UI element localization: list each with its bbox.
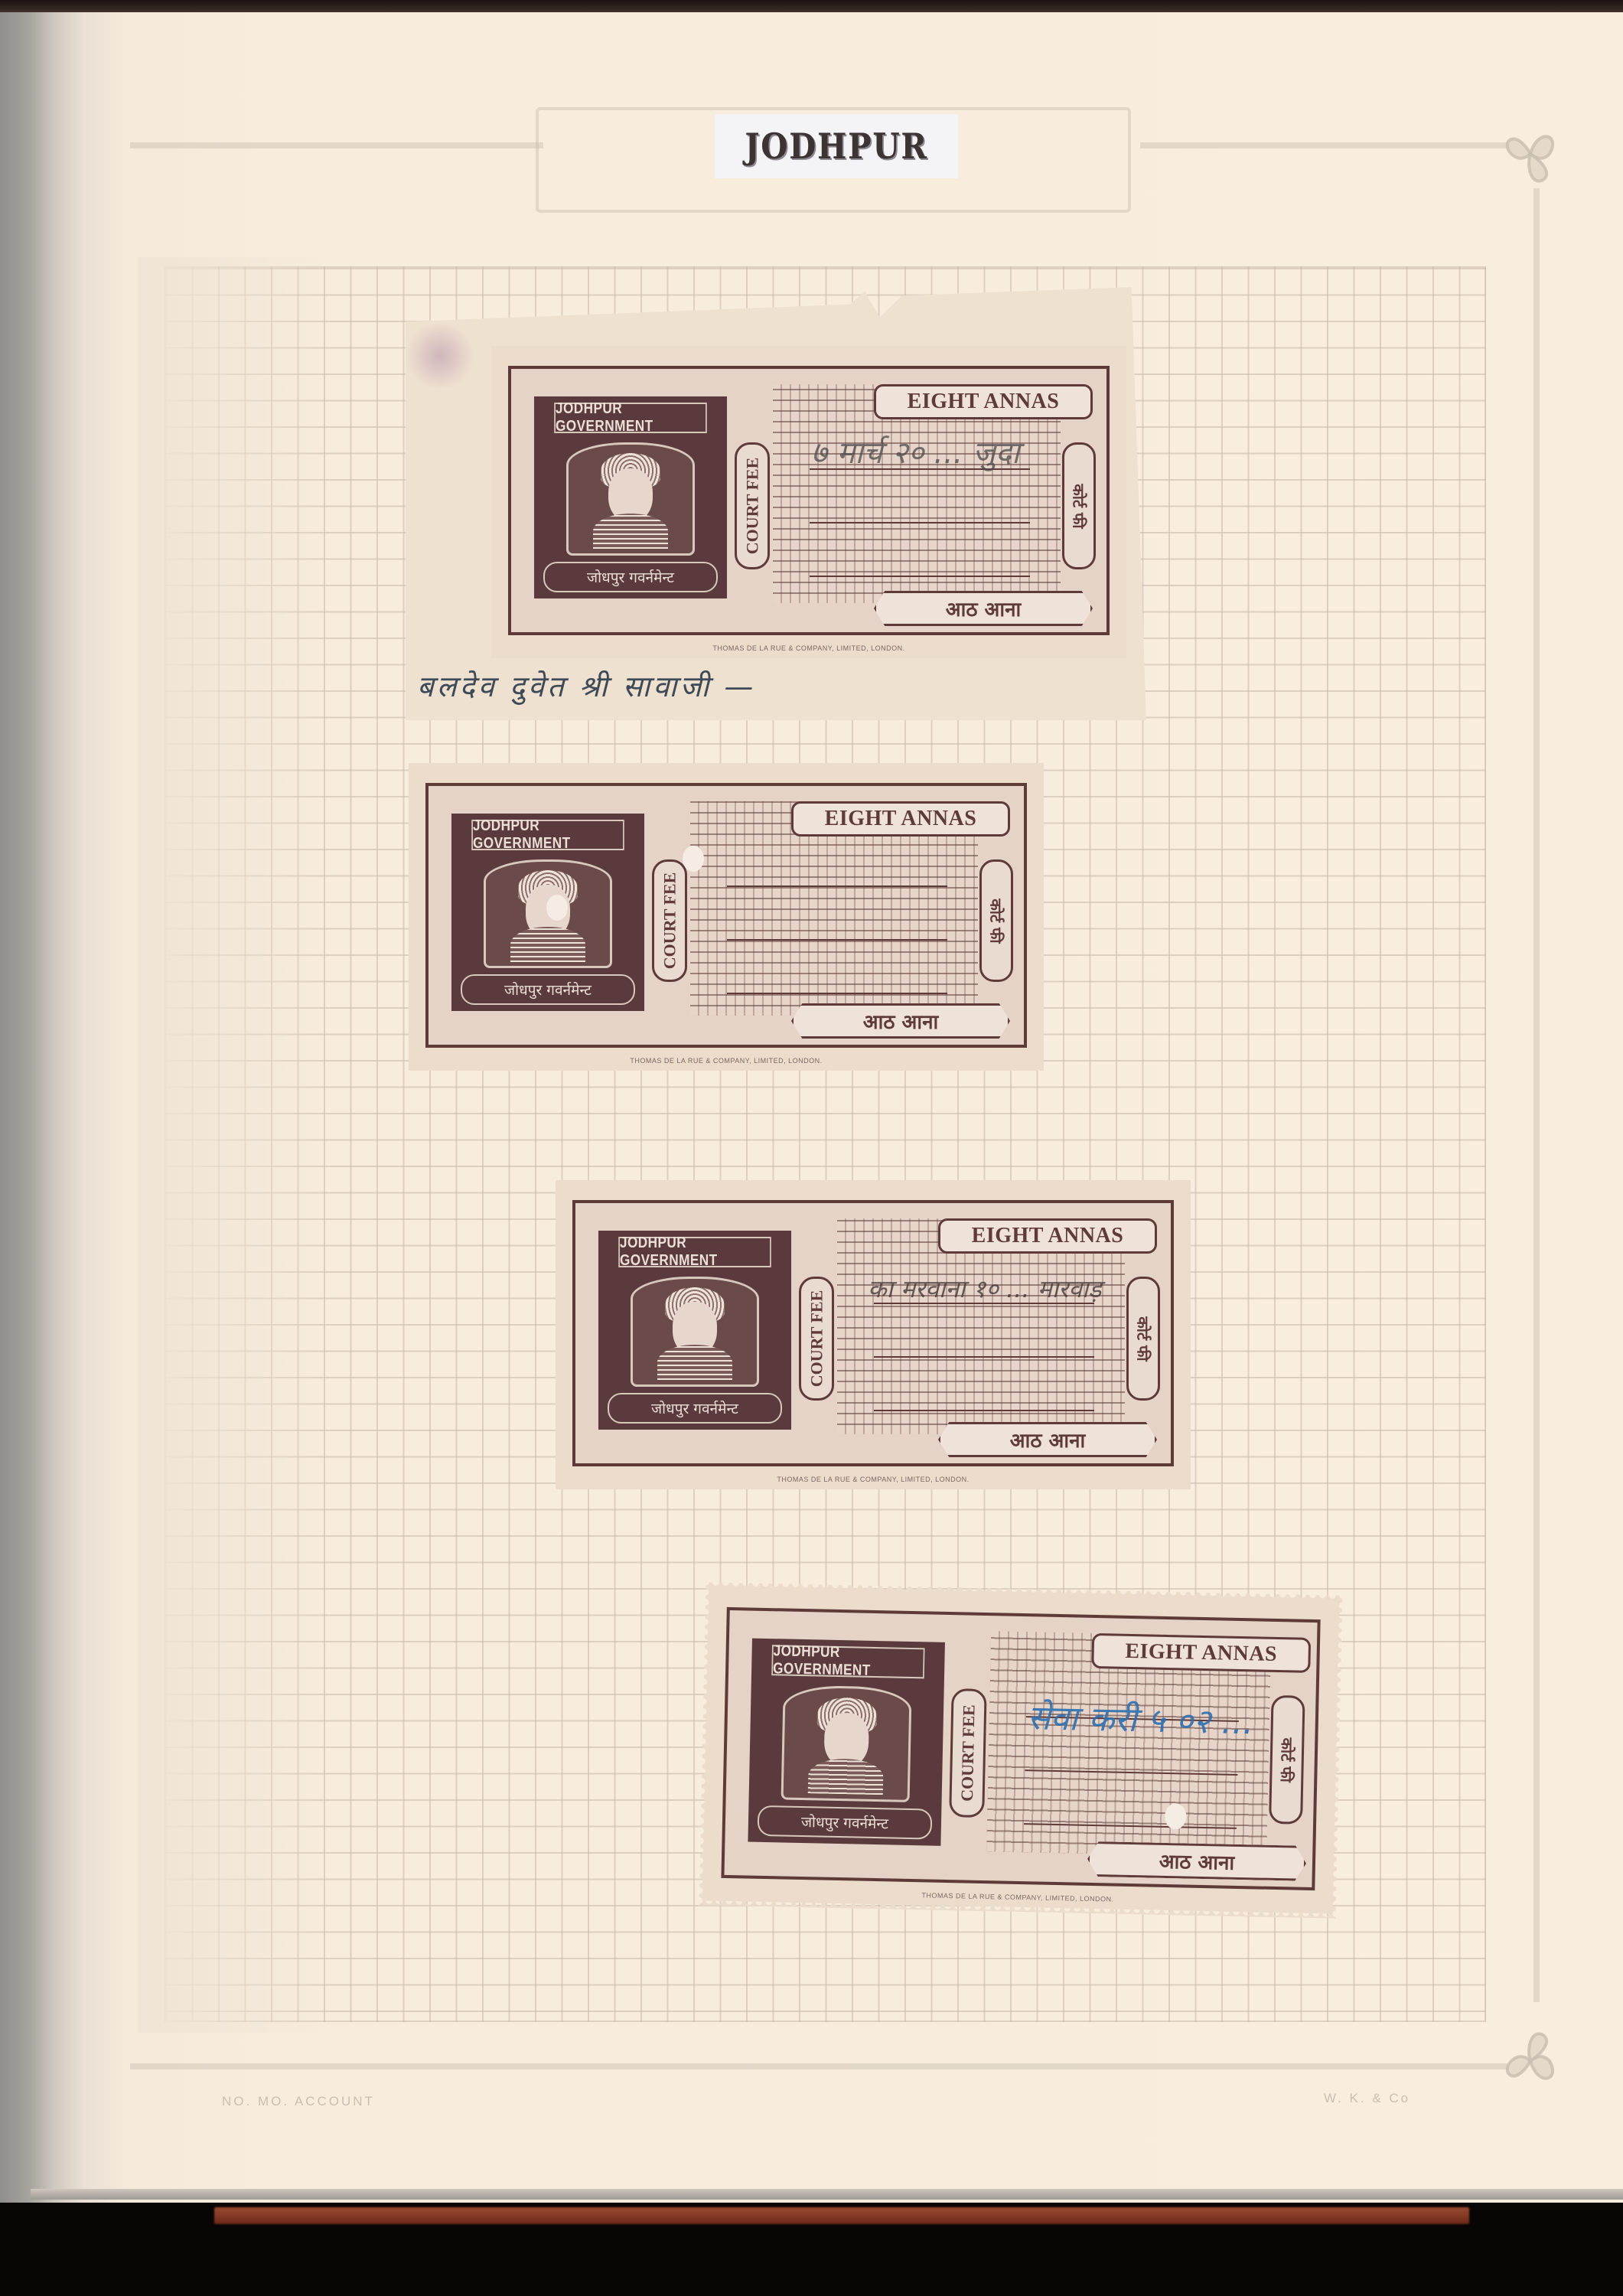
issuer-label: JODHPUR GOVERNMENT <box>771 1645 924 1678</box>
value-english: EIGHT ANNAS <box>938 1218 1157 1254</box>
court-fee-label: COURT FEE <box>949 1688 987 1818</box>
clover-ornament-icon <box>1496 119 1565 188</box>
issuer-label: JODHPUR GOVERNMENT <box>618 1237 771 1267</box>
issuer-hindi-label: जोधपुर गवर्नमेन्ट <box>543 562 718 592</box>
court-fee-label: COURT FEE <box>735 442 770 569</box>
portrait-panel: JODHPUR GOVERNMENT जोधपुर गवर्नमेन्ट <box>748 1639 945 1846</box>
frame-right <box>1533 188 1540 2002</box>
page-bottom-edge <box>31 2189 1623 2200</box>
portrait-panel: JODHPUR GOVERNMENT जोधपुर गवर्नमेन्ट <box>534 396 727 598</box>
maharaja-portrait <box>781 1684 912 1802</box>
issuer-hindi-label: जोधपुर गवर्नमेन्ट <box>461 974 635 1005</box>
printer-imprint: THOMAS DE LA RUE & COMPANY, LIMITED, LON… <box>724 1887 1312 1907</box>
value-english: EIGHT ANNAS <box>874 384 1093 419</box>
court-fee-hindi-label: कोर्ट फी <box>1126 1277 1160 1401</box>
manuscript-annotation: का मरवाना १० ... मारवाड़ <box>868 1272 1101 1305</box>
gutter-shadow <box>138 257 337 2033</box>
issuer-hindi-label: जोधपुर गवर्नमेन्ट <box>608 1393 782 1424</box>
maker-imprint-left: NO. MO. ACCOUNT <box>222 2094 375 2109</box>
stamp-frame: JODHPUR GOVERNMENT जोधपुर गवर्नमेन्ट COU… <box>508 366 1110 635</box>
printer-imprint: THOMAS DE LA RUE & COMPANY, LIMITED, LON… <box>575 1476 1171 1483</box>
stamp-1: JODHPUR GOVERNMENT जोधपुर गवर्नमेन्ट COU… <box>491 346 1126 658</box>
clover-ornament-icon <box>1496 2027 1565 2095</box>
manuscript-annotation: सेवा करी ५ ०२ ... <box>1027 1693 1254 1743</box>
stamp-2: JODHPUR GOVERNMENT जोधपुर गवर्नमेन्ट COU… <box>409 763 1044 1071</box>
court-fee-hindi-label: कोर्ट फी <box>979 859 1013 982</box>
portrait-panel: JODHPUR GOVERNMENT जोधपुर गवर्नमेन्ट <box>598 1231 791 1430</box>
stamp-frame: JODHPUR GOVERNMENT जोधपुर गवर्नमेन्ट COU… <box>572 1200 1174 1466</box>
issuer-hindi-label: जोधपुर गवर्नमेन्ट <box>758 1805 933 1840</box>
ink-stain <box>406 321 474 390</box>
maharaja-portrait <box>631 1277 759 1387</box>
page-title-label: JODHPUR <box>715 114 958 178</box>
court-fee-label: COURT FEE <box>799 1277 834 1401</box>
printer-imprint: THOMAS DE LA RUE & COMPANY, LIMITED, LON… <box>511 644 1106 652</box>
frame-top-right <box>1140 142 1507 148</box>
stamp-4: JODHPUR GOVERNMENT जोधपुर गवर्नमेन्ट COU… <box>704 1587 1338 1913</box>
maker-imprint-right: W. K. & Co <box>1324 2091 1410 2106</box>
court-fee-hindi-label: कोर्ट फी <box>1269 1695 1305 1825</box>
value-hindi: आठ आना <box>791 1003 1010 1039</box>
printer-imprint: THOMAS DE LA RUE & COMPANY, LIMITED, LON… <box>429 1057 1024 1065</box>
stamp-frame: JODHPUR GOVERNMENT जोधपुर गवर्नमेन्ट COU… <box>721 1607 1320 1890</box>
fragment-manuscript: बलदेव दुवेत श्री सावाजी — <box>417 666 756 706</box>
issuer-label: JODHPUR GOVERNMENT <box>471 820 624 850</box>
court-fee-label: COURT FEE <box>652 859 687 982</box>
value-hindi: आठ आना <box>874 591 1093 626</box>
court-fee-hindi-label: कोर्ट फी <box>1062 442 1096 569</box>
page-title: JODHPUR <box>745 126 927 167</box>
value-hindi: आठ आना <box>1087 1841 1307 1881</box>
frame-bottom <box>130 2063 1507 2069</box>
punch-hole <box>683 846 704 872</box>
punch-hole <box>546 895 568 921</box>
value-english: EIGHT ANNAS <box>1091 1633 1311 1673</box>
maharaja-portrait <box>566 442 695 556</box>
issuer-label: JODHPUR GOVERNMENT <box>554 403 707 433</box>
stamp-3: JODHPUR GOVERNMENT जोधपुर गवर्नमेन्ट COU… <box>556 1180 1191 1489</box>
value-english: EIGHT ANNAS <box>791 801 1010 837</box>
stamp-frame: JODHPUR GOVERNMENT जोधपुर गवर्नमेन्ट COU… <box>425 783 1027 1048</box>
manuscript-annotation: ७ मार्च २० ... जुदा <box>811 430 1019 472</box>
frame-top-left <box>130 142 543 148</box>
value-hindi: आठ आना <box>938 1422 1157 1457</box>
album-cover-edge <box>214 2207 1469 2224</box>
